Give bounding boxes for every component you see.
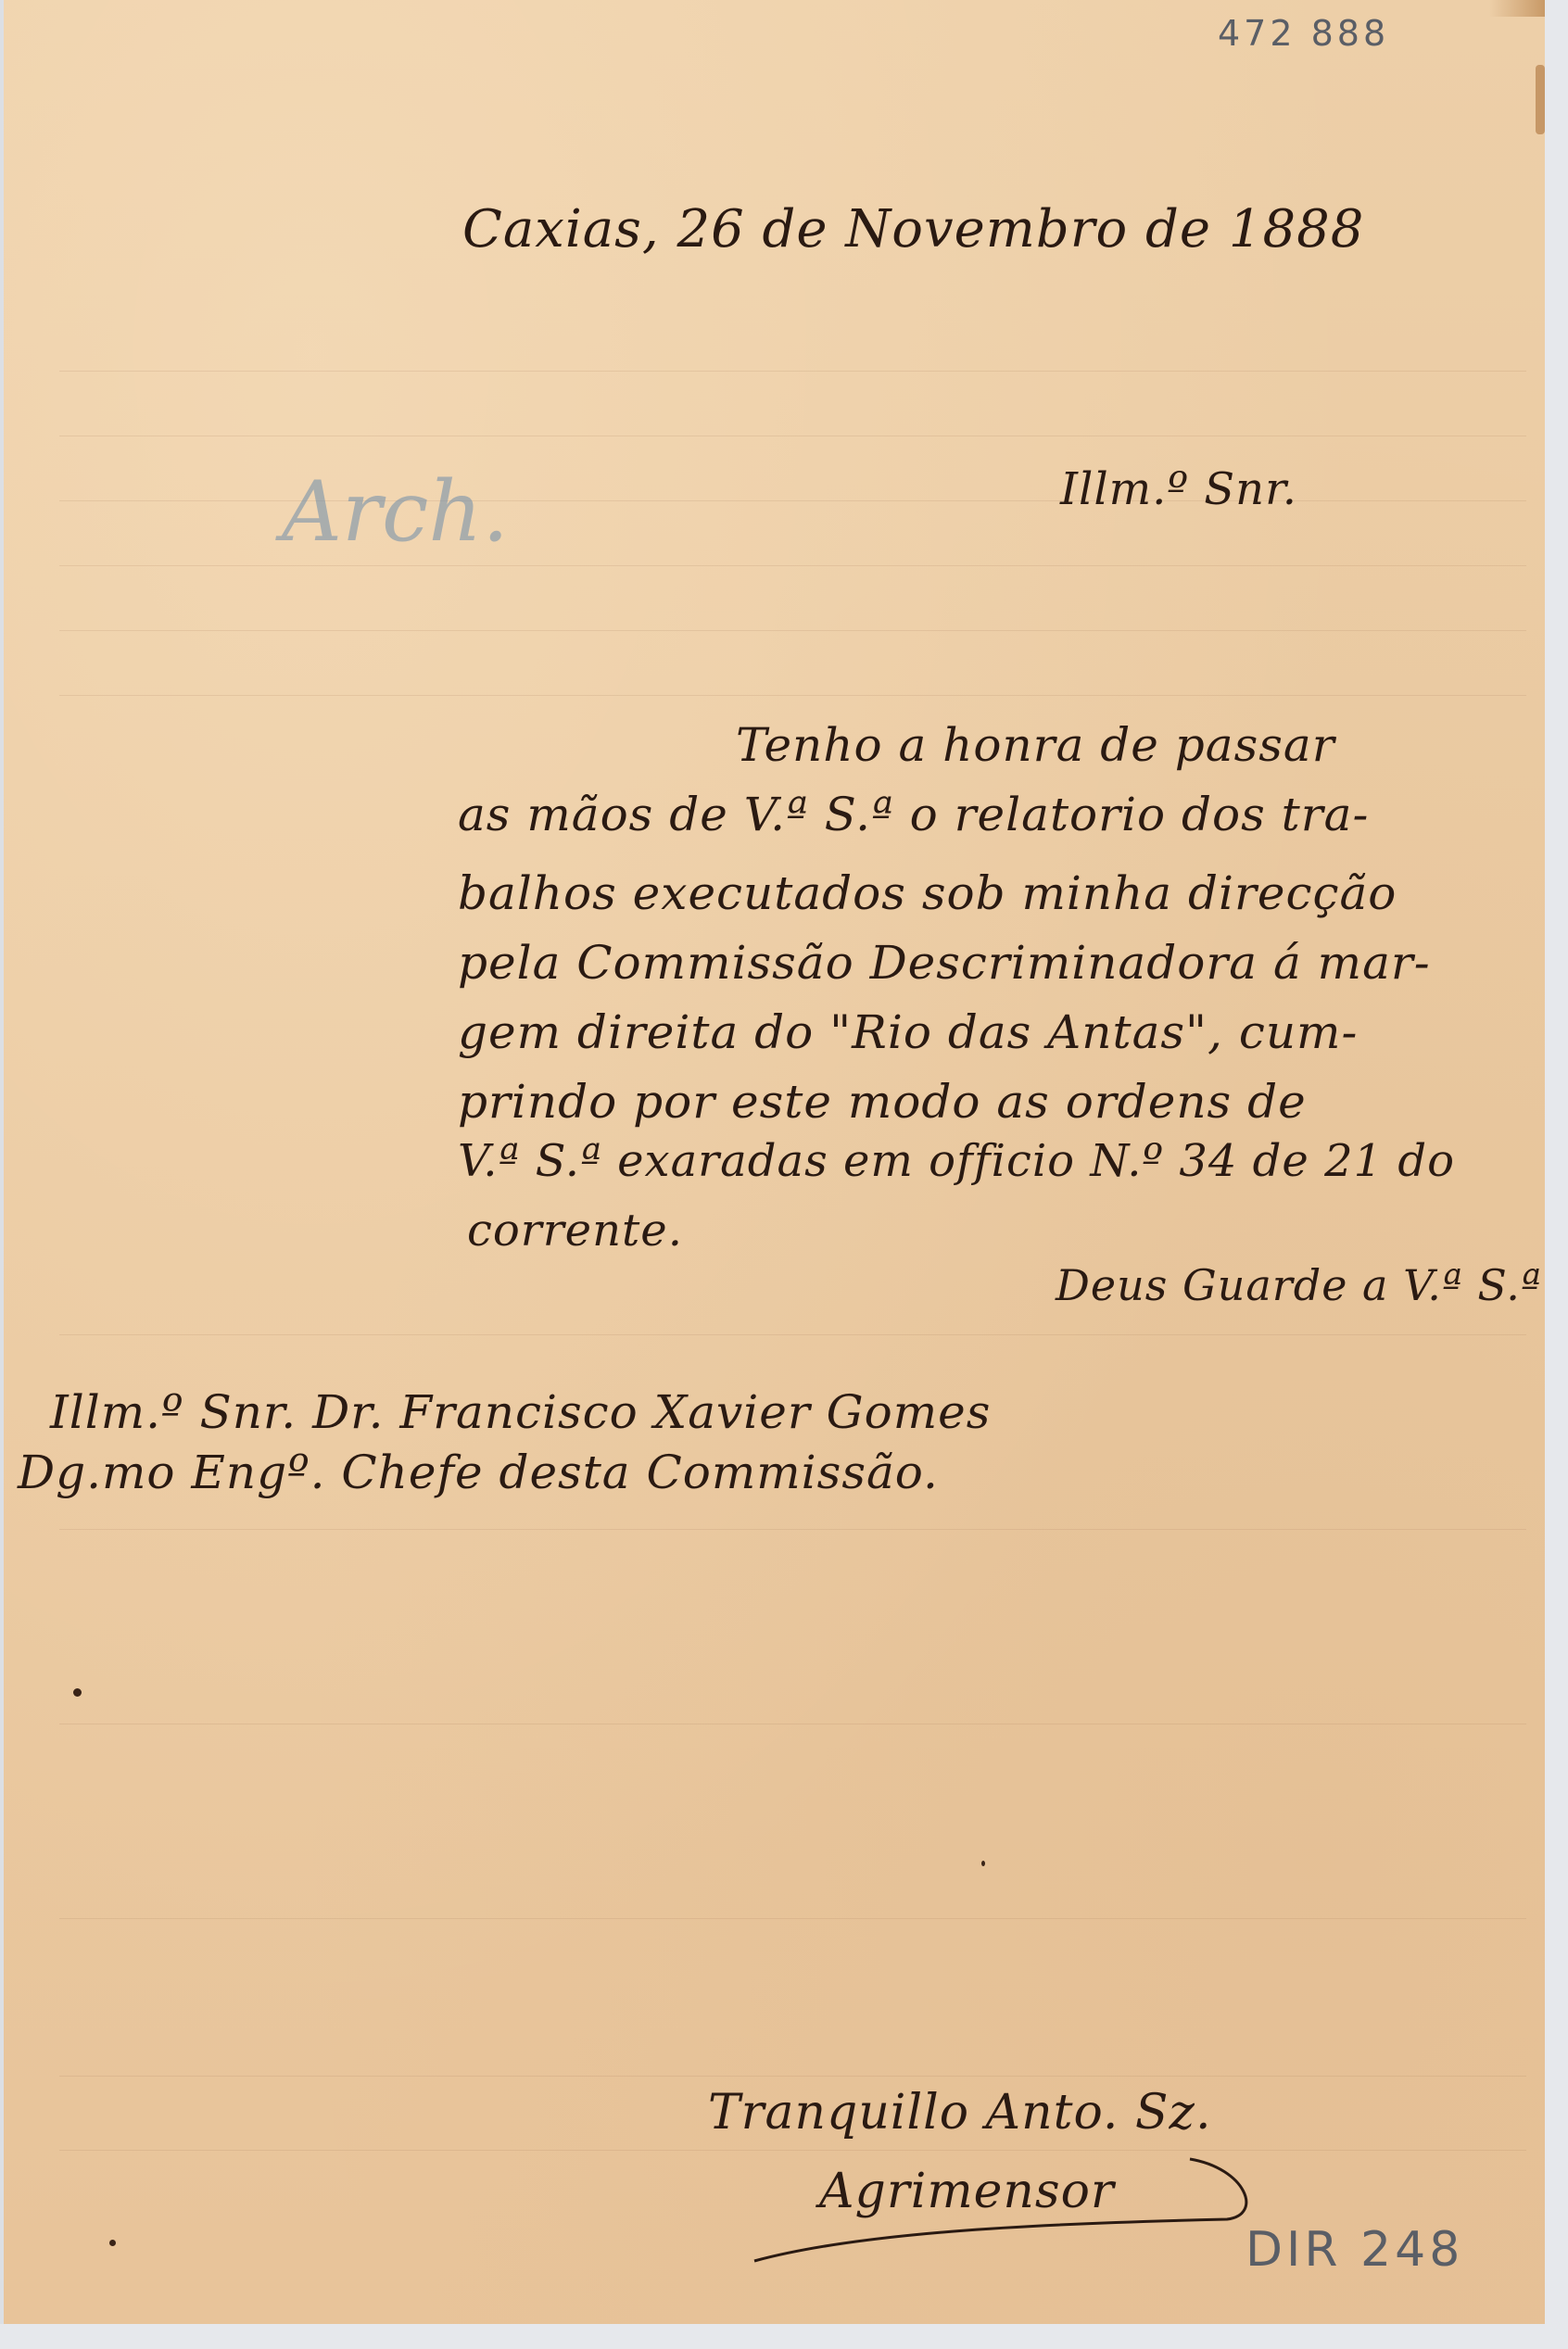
ruled-line (59, 500, 1526, 501)
signature-flourish (745, 2131, 1264, 2280)
ruled-line (59, 436, 1526, 436)
ruled-line (59, 1529, 1526, 1530)
place-date: Caxias, 26 de Novembro de 1888 (462, 199, 1364, 259)
salutation: Illm.º Snr. (1060, 463, 1297, 515)
ruled-line (59, 371, 1526, 372)
addressee-line: Illm.º Snr. Dr. Francisco Xavier Gomes (50, 1385, 991, 1439)
body-line: corrente. (467, 1205, 683, 1257)
archive-number-top: 472 888 (1218, 13, 1389, 54)
body-line: Tenho a honra de passar (736, 718, 1335, 772)
ruled-line (59, 2076, 1526, 2077)
ink-spot (73, 1688, 82, 1697)
body-line: gem direita do "Rio das Antas", cum- (458, 1005, 1358, 1059)
letter-page: 472 888 DIR 248 Caxias, 26 de Novembro d… (0, 0, 1545, 2324)
body-line: balhos executados sob minha direcção (458, 866, 1397, 920)
addressee-line: Dg.mo Engº. Chefe desta Commissão. (18, 1446, 939, 1499)
body-line: pela Commissão Descriminadora á mar- (458, 936, 1431, 990)
archive-code-bottom: DIR 248 (1246, 2222, 1463, 2278)
ruled-line (59, 1918, 1526, 1919)
ruled-line (59, 630, 1526, 631)
ruled-line (59, 1724, 1526, 1724)
ink-spot (109, 2240, 116, 2246)
water-stain (1536, 65, 1545, 134)
ink-spot (981, 1861, 985, 1866)
pencil-annotation: Arch. (282, 463, 509, 561)
body-line: V.ª S.ª exaradas em officio N.º 34 de 21… (458, 1135, 1455, 1187)
ruled-line (59, 565, 1526, 566)
ruled-line (59, 1334, 1526, 1335)
body-line: prindo por este modo as ordens de (458, 1075, 1307, 1129)
water-stain (1489, 0, 1545, 17)
ruled-line (59, 695, 1526, 696)
body-line: as mãos de V.ª S.ª o relatorio dos tra- (458, 788, 1369, 841)
closing: Deus Guarde a V.ª S.ª (1056, 1260, 1542, 1310)
